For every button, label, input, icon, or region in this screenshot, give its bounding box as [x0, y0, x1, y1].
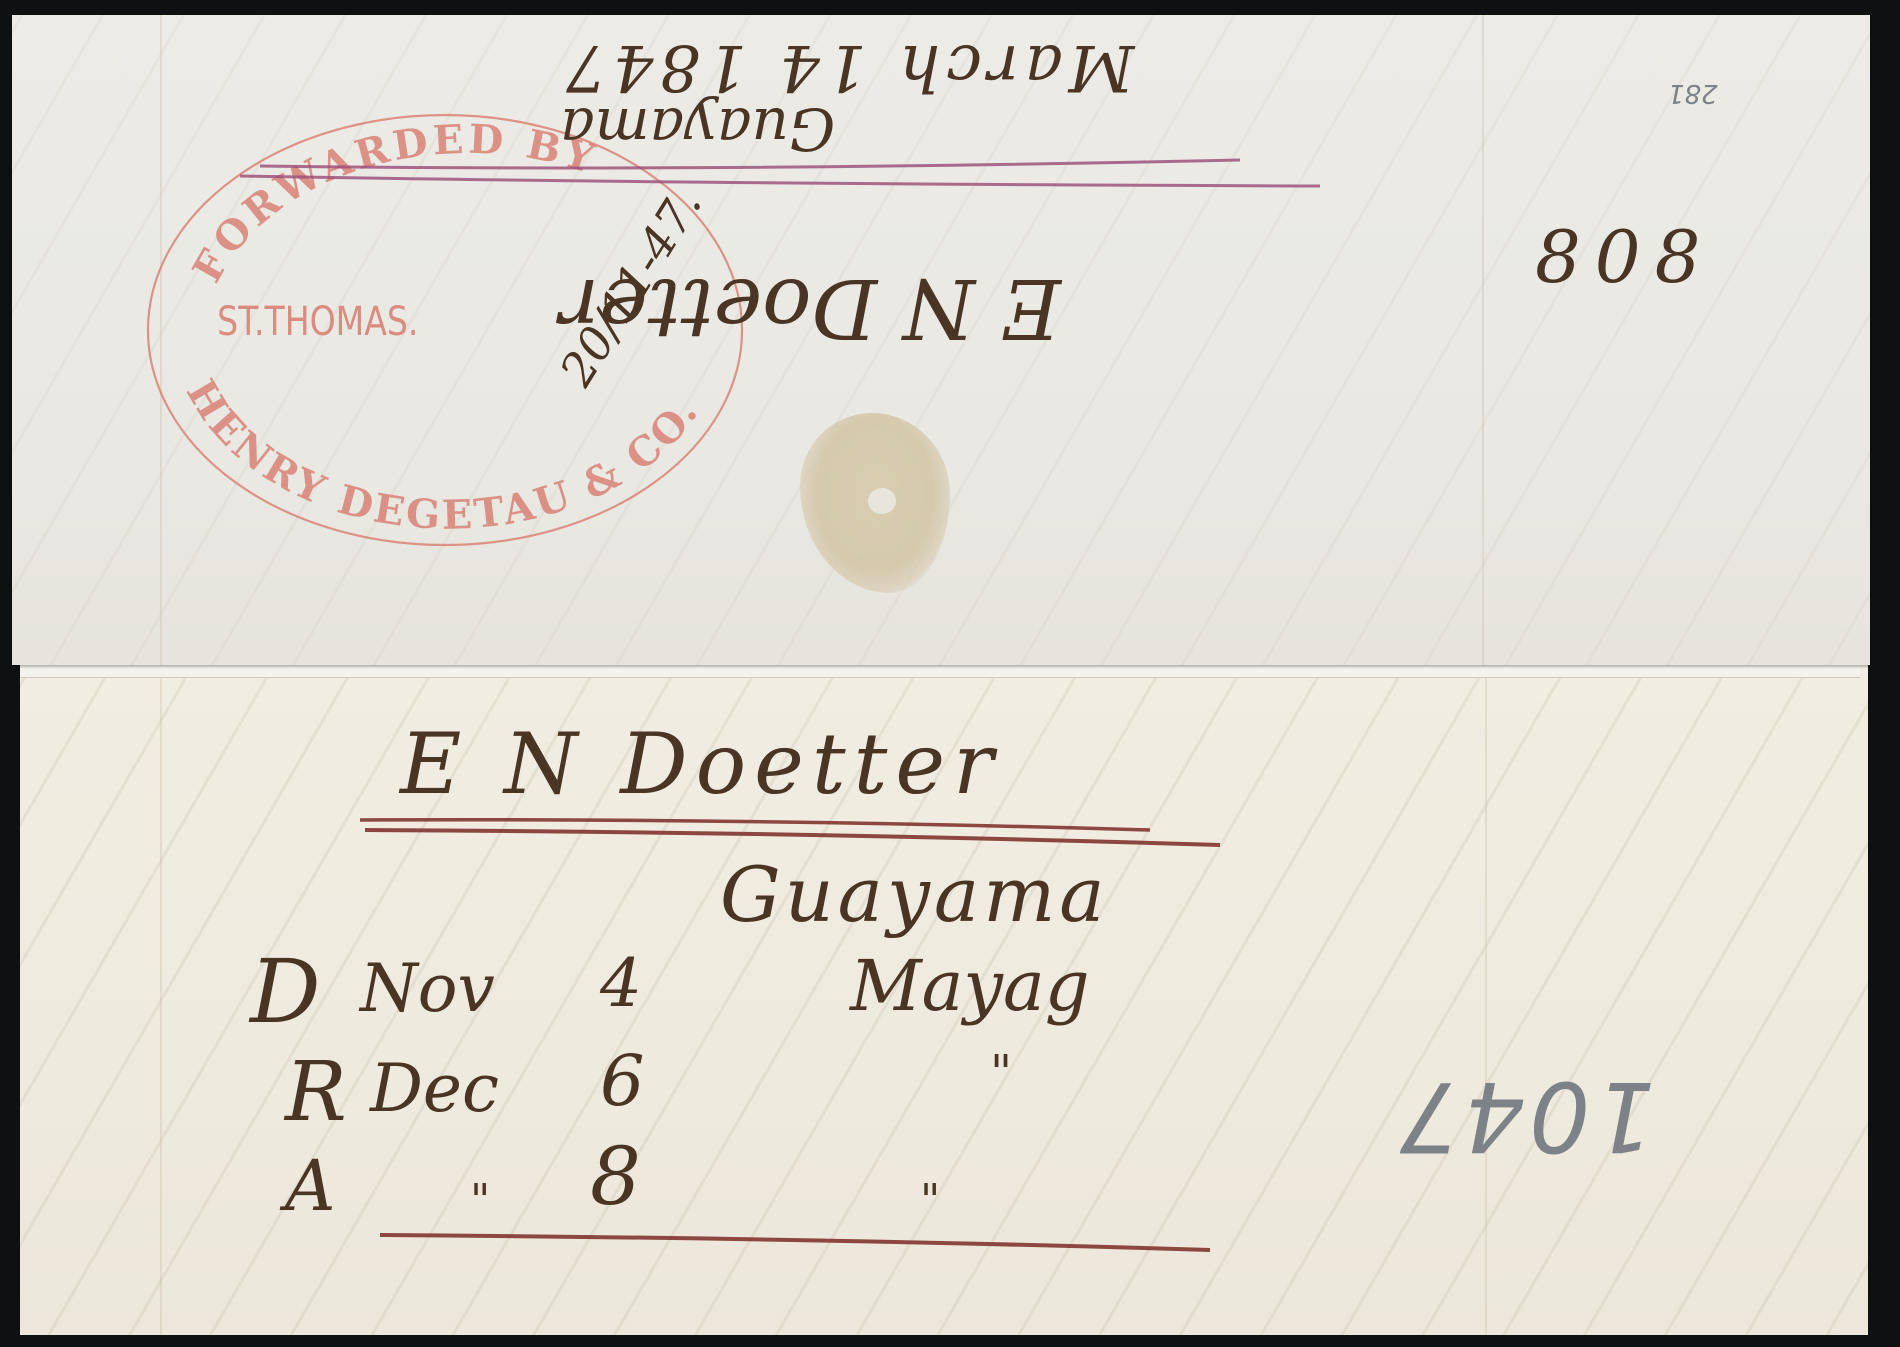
docket-day: 8 — [590, 1130, 641, 1223]
docket-place: " — [990, 1045, 1012, 1101]
addressee-town: Guayama — [720, 850, 1109, 939]
docket-label: R — [285, 1045, 347, 1140]
docket-place: Mayag — [850, 945, 1090, 1027]
docket-day: 6 — [600, 1040, 645, 1122]
addressee-name: E N Doetter — [400, 715, 1001, 813]
fold-line-right — [1485, 662, 1487, 1335]
docket-month: " — [470, 1175, 490, 1226]
docket-month: Dec — [370, 1050, 499, 1127]
upside-down-addressee: E N Doetter — [560, 260, 1061, 355]
docket-day: 4 — [600, 945, 642, 1022]
docket-label: D — [250, 940, 321, 1043]
flap-edge — [20, 665, 1860, 678]
paper-stain-hole — [868, 488, 896, 514]
docket-place: " — [920, 1175, 940, 1226]
pencil-catalog-number: 281 — [1668, 78, 1718, 108]
upside-down-date: March 14 1847 — [560, 30, 1134, 104]
docket-month: Nov — [360, 950, 495, 1027]
pencil-inventory-number: 1047 — [1395, 1060, 1655, 1172]
fold-line-right — [1482, 15, 1484, 665]
upside-down-town: Guayama — [560, 95, 835, 163]
docket-label: A — [285, 1145, 336, 1227]
docket-number: 808 — [1535, 215, 1714, 299]
fold-line-left — [160, 15, 162, 665]
fold-line-left — [160, 662, 162, 1335]
